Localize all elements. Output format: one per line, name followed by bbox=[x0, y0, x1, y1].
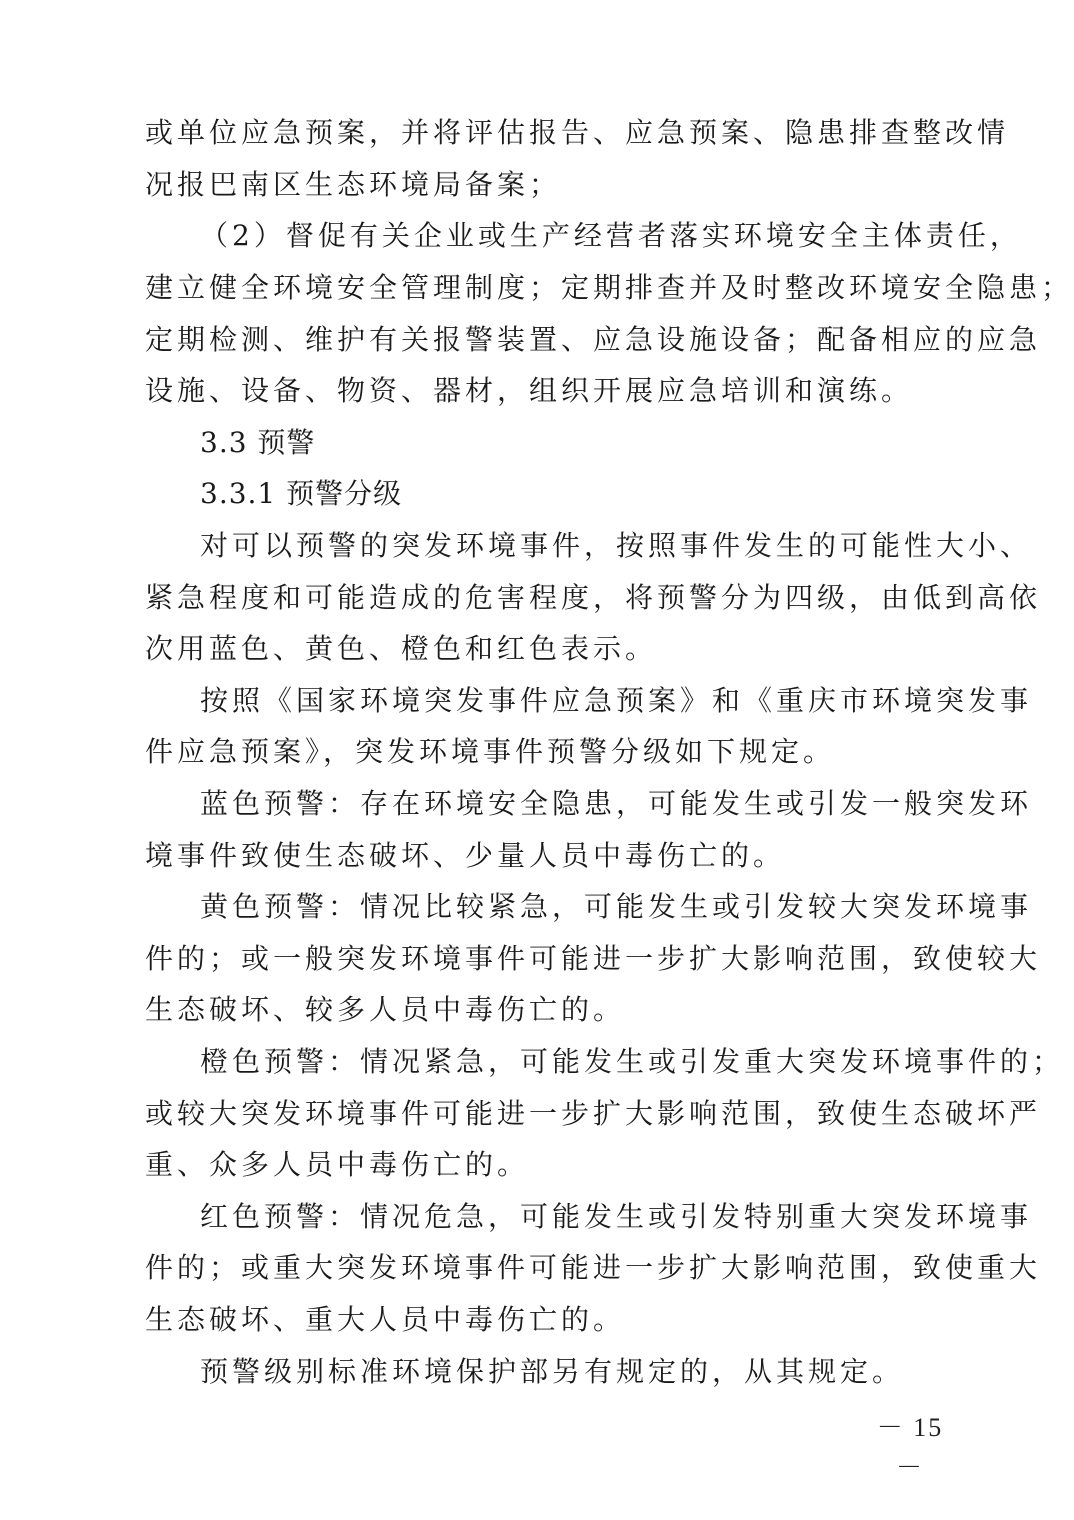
paragraph-line: 或单位应急预案，并将评估报告、应急预案、隐患排查整改情 bbox=[145, 113, 945, 153]
yellow-warning-line: 生态破坏、较多人员中毒伤亡的。 bbox=[145, 990, 945, 1030]
paragraph-line: 件应急预案》，突发环境事件预警分级如下规定。 bbox=[145, 732, 945, 772]
yellow-warning-line: 件的；或一般突发环境事件可能进一步扩大影响范围，致使较大 bbox=[145, 939, 945, 979]
paragraph-line: 建立健全环境安全管理制度；定期排查并及时整改环境安全隐患； bbox=[145, 268, 945, 308]
paragraph-line: 况报巴南区生态环境局备案； bbox=[145, 165, 945, 205]
paragraph-line: 按照《国家环境突发事件应急预案》和《重庆市环境突发事 bbox=[200, 681, 945, 721]
orange-warning-line: 重、众多人员中毒伤亡的。 bbox=[145, 1145, 945, 1185]
section-heading: 3.3 预警 bbox=[200, 423, 945, 463]
subsection-heading: 3.3.1 预警分级 bbox=[200, 474, 945, 514]
red-warning-line: 件的；或重大突发环境事件可能进一步扩大影响范围，致使重大 bbox=[145, 1248, 945, 1288]
document-page: 或单位应急预案，并将评估报告、应急预案、隐患排查整改情 况报巴南区生态环境局备案… bbox=[0, 0, 1074, 1520]
paragraph-line: 设施、设备、物资、器材，组织开展应急培训和演练。 bbox=[145, 371, 945, 411]
red-warning-line: 生态破坏、重大人员中毒伤亡的。 bbox=[145, 1300, 945, 1340]
paragraph-line: 紧急程度和可能造成的危害程度，将预警分为四级，由低到高依 bbox=[145, 578, 945, 618]
yellow-warning-line: 黄色预警：情况比较紧急，可能发生或引发较大突发环境事 bbox=[200, 887, 945, 927]
paragraph-line: （2）督促有关企业或生产经营者落实环境安全主体责任， bbox=[200, 216, 945, 256]
orange-warning-line: 或较大突发环境事件可能进一步扩大影响范围，致使生态破坏严 bbox=[145, 1094, 945, 1134]
paragraph-line: 预警级别标准环境保护部另有规定的，从其规定。 bbox=[200, 1352, 945, 1392]
paragraph-line: 对可以预警的突发环境事件，按照事件发生的可能性大小、 bbox=[200, 526, 945, 566]
blue-warning-line: 境事件致使生态破坏、少量人员中毒伤亡的。 bbox=[145, 836, 945, 876]
orange-warning-line: 橙色预警：情况紧急，可能发生或引发重大突发环境事件的； bbox=[200, 1042, 945, 1082]
paragraph-line: 定期检测、维护有关报警装置、应急设施设备；配备相应的应急 bbox=[145, 320, 945, 360]
paragraph-line: 次用蓝色、黄色、橙色和红色表示。 bbox=[145, 629, 945, 669]
blue-warning-line: 蓝色预警：存在环境安全隐患，可能发生或引发一般突发环 bbox=[200, 784, 945, 824]
red-warning-line: 红色预警：情况危急，可能发生或引发特别重大突发环境事 bbox=[200, 1197, 945, 1237]
page-number: － 15 － bbox=[860, 1408, 960, 1448]
